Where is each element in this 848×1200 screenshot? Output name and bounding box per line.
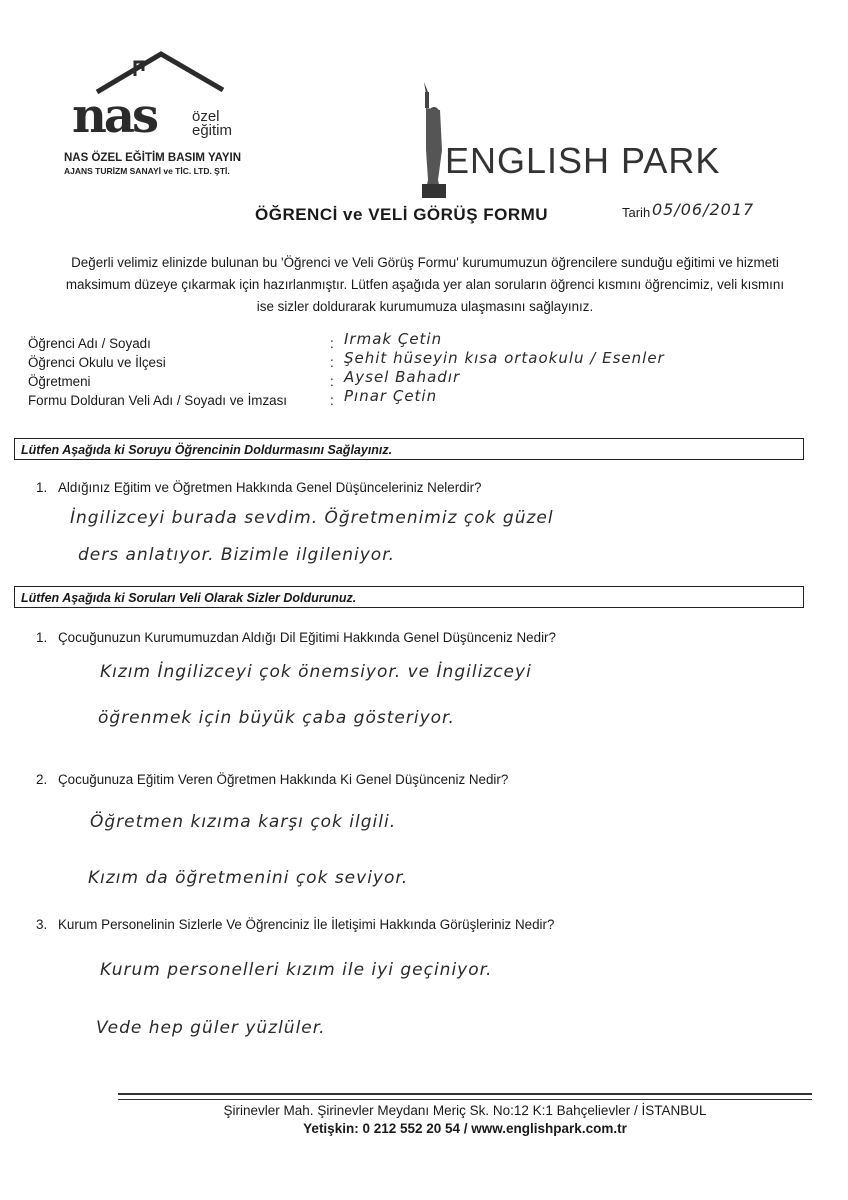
footer-contact: Yetişkin: 0 212 552 20 54 / www.englishp… (118, 1121, 812, 1136)
student-answer-1-line-2[interactable]: ders anlatıyor. Bizimle ilgileniyor. (78, 545, 395, 565)
english-park-brand: ENGLISH PARK (445, 140, 720, 182)
parent-name-signature-field[interactable]: Pınar Çetin (344, 387, 437, 405)
company-subtitle: AJANS TURİZM SANAYİ ve TİC. LTD. ŞTİ. (64, 166, 230, 176)
student-info-fields: Öğrenci Adı / Soyadı : Irmak Çetin Öğren… (28, 336, 828, 412)
parent-question-3: 3.Kurum Personelinin Sizlerle Ve Öğrenci… (36, 917, 554, 932)
form-title: ÖĞRENCİ ve VELİ GÖRÜŞ FORMU (255, 205, 548, 225)
parent-section-heading: Lütfen Aşağıda ki Soruları Veli Olarak S… (14, 586, 804, 608)
nas-logo-wordmark: nas (72, 88, 156, 144)
field-label: Öğrenci Okulu ve İlçesi (28, 355, 166, 370)
field-label: Formu Dolduran Veli Adı / Soyadı ve İmza… (28, 393, 287, 408)
statue-of-liberty-icon (418, 80, 448, 200)
date-label: Tarih (622, 205, 650, 220)
student-name-field[interactable]: Irmak Çetin (344, 330, 442, 348)
parent-answer-3-line-2[interactable]: Vede hep güler yüzlüler. (96, 1018, 326, 1038)
student-answer-1-line-1[interactable]: İngilizceyi burada sevdim. Öğretmenimiz … (70, 508, 554, 528)
intro-paragraph: Değerli velimiz elinizde bulunan bu 'Öğr… (28, 252, 822, 318)
parent-question-2: 2.Çocuğunuza Eğitim Veren Öğretmen Hakkı… (36, 772, 508, 787)
parent-answer-2-line-2[interactable]: Kızım da öğretmenini çok seviyor. (88, 868, 408, 888)
parent-question-1: 1.Çocuğunuzun Kurumumuzdan Aldığı Dil Eğ… (36, 630, 556, 645)
student-section-heading: Lütfen Aşağıda ki Soruyu Öğrencinin Dold… (14, 438, 804, 460)
field-label: Öğretmeni (28, 374, 91, 389)
teacher-field[interactable]: Aysel Bahadır (344, 368, 460, 386)
parent-answer-1-line-2[interactable]: öğrenmek için büyük çaba gösteriyor. (98, 708, 455, 728)
parent-answer-3-line-1[interactable]: Kurum personelleri kızım ile iyi geçiniy… (100, 960, 492, 980)
nas-logo-tagline: özel eğitim (192, 110, 232, 138)
company-name: NAS ÖZEL EĞİTİM BASIM YAYIN (64, 152, 241, 164)
parent-answer-2-line-1[interactable]: Öğretmen kızıma karşı çok ilgili. (90, 812, 396, 832)
parent-answer-1-line-1[interactable]: Kızım İngilizceyi çok önemsiyor. ve İngi… (100, 662, 532, 682)
info-row-parent: Formu Dolduran Veli Adı / Soyadı ve İmza… (28, 393, 828, 412)
field-label: Öğrenci Adı / Soyadı (28, 336, 151, 351)
footer-address: Şirinevler Mah. Şirinevler Meydanı Meriç… (118, 1103, 812, 1118)
student-question-1: 1.Aldığınız Eğitim ve Öğretmen Hakkında … (36, 480, 482, 495)
date-field[interactable]: 05/06/2017 (652, 200, 754, 219)
school-field[interactable]: Şehit hüseyin kısa ortaokulu / Esenler (344, 349, 665, 367)
footer-divider (118, 1093, 812, 1100)
